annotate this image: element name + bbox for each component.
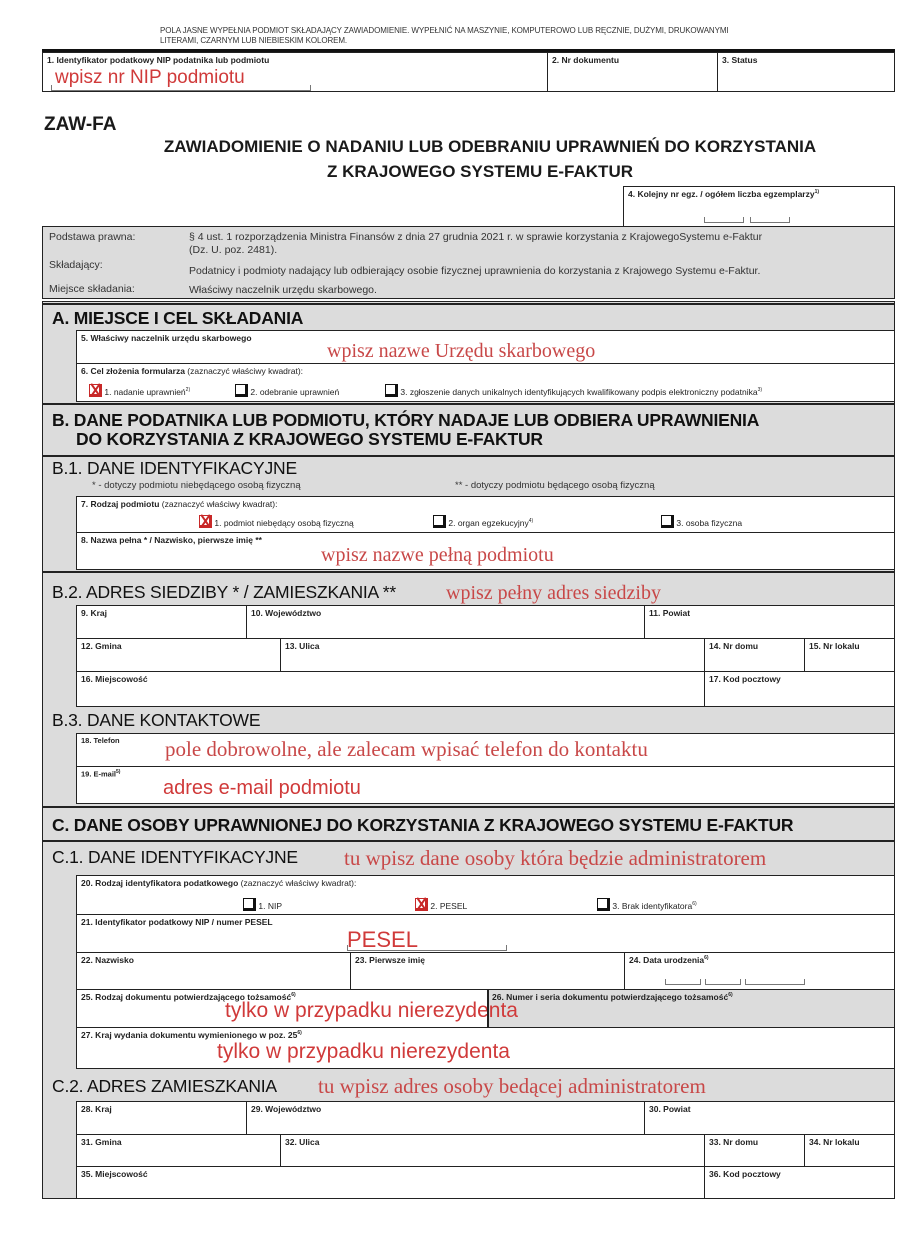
field-17-postal-code[interactable]: 17. Kod pocztowy [704, 671, 895, 707]
field-19-label-text: 19. E-mail [81, 770, 116, 779]
field-9-label: 9. Kraj [81, 608, 107, 618]
section-b-title-line1: B. DANE PODATNIKA LUB PODMIOTU, KTÓRY NA… [52, 410, 759, 431]
field-9-country[interactable]: 9. Kraj [76, 605, 248, 639]
header-instructions-line1: POLA JASNE WYPEŁNIA PODMIOT SKŁADAJĄCY Z… [160, 26, 729, 36]
field-24-year-ticks [745, 979, 805, 985]
field-25-id-doc-type[interactable]: 25. Rodzaj dokumentu potwierdzającego to… [76, 989, 489, 1028]
field-24-label-text: 24. Data urodzenia [629, 955, 704, 965]
field-18-value: pole dobrowolne, ale zalecam wpisać tele… [165, 737, 648, 762]
checkbox-icon[interactable] [235, 384, 248, 397]
field-10-voivodeship[interactable]: 10. Województwo [246, 605, 646, 639]
b2-top-rule [42, 571, 895, 573]
field-15-label: 15. Nr lokalu [809, 641, 860, 651]
field-6-label: 6. Cel złożenia formularza (zaznaczyć wł… [81, 366, 303, 376]
field-7-hint: (zaznaczyć właściwy kwadrat): [162, 499, 278, 509]
field-25-value: tylko w przypadku nierezydenta [225, 999, 518, 1023]
field-1-tick-boxes [51, 85, 311, 91]
field-7-option-1-label: 1. podmiot niebędący osobą fizyczną [214, 518, 353, 528]
field-27-label-text: 27. Kraj wydania dokumentu wymienionego … [81, 1030, 297, 1040]
field-22-surname[interactable]: 22. Nazwisko [76, 952, 352, 990]
field-27-sup: 6) [297, 1030, 301, 1036]
field-20-option-2-label: 2. PESEL [430, 901, 467, 911]
field-6-option-3-label: 3. zgłoszenie danych unikalnych identyfi… [400, 387, 757, 397]
b2-annotation: wpisz pełny adres siedziby [446, 582, 661, 605]
c2-annotation: tu wpisz adres osoby bedącej administrat… [318, 1074, 706, 1099]
field-32-street[interactable]: 32. Ulica [280, 1134, 706, 1167]
field-1-label: 1. Identyfikator podatkowy NIP podatnika… [47, 55, 269, 65]
field-29-voivodeship[interactable]: 29. Województwo [246, 1101, 646, 1135]
field-28-label: 28. Kraj [81, 1104, 112, 1114]
field-7-entity-type: 7. Rodzaj podmiotu (zaznaczyć właściwy k… [76, 496, 895, 533]
place-value: Właściwy naczelnik urzędu skarbowego. [189, 284, 377, 296]
field-14-label: 14. Nr domu [709, 641, 758, 651]
field-24-sup: 6) [704, 955, 708, 961]
field-23-label: 23. Pierwsze imię [355, 955, 425, 965]
field-34-apartment-number[interactable]: 34. Nr lokalu [804, 1134, 895, 1167]
field-2-doc-number: 2. Nr dokumentu [547, 52, 719, 92]
field-8-label: 8. Nazwa pełna * / Nazwisko, pierwsze im… [81, 535, 262, 545]
field-16-city[interactable]: 16. Miejscowość [76, 671, 706, 707]
field-19-label: 19. E-mail5) [81, 769, 120, 779]
section-c-title: C. DANE OSOBY UPRAWNIONEJ DO KORZYSTANIA… [52, 815, 793, 836]
field-16-label: 16. Miejscowość [81, 674, 148, 684]
field-20-option-1[interactable]: 1. NIP [243, 898, 282, 911]
field-7-option-2-label: 2. organ egzekucyjny [448, 518, 528, 528]
field-4-tick-a [704, 217, 744, 223]
field-6-option-2[interactable]: 2. odebranie uprawnień [235, 384, 339, 397]
field-5-tax-office[interactable]: 5. Właściwy naczelnik urzędu skarbowego … [76, 330, 895, 364]
c2-title: C.2. ADRES ZAMIESZKANIA [52, 1076, 277, 1097]
field-12-label: 12. Gmina [81, 641, 122, 651]
field-7-option-1[interactable]: 1. podmiot niebędący osobą fizyczną [199, 515, 354, 528]
field-2-label: 2. Nr dokumentu [552, 55, 619, 65]
field-24-day-ticks [665, 979, 701, 985]
field-7-label-text: 7. Rodzaj podmiotu [81, 499, 159, 509]
field-34-label: 34. Nr lokalu [809, 1137, 860, 1147]
field-20-label: 20. Rodzaj identyfikatora podatkowego (z… [81, 878, 356, 888]
field-21-tax-id[interactable]: 21. Identyfikator podatkowy NIP / numer … [76, 914, 895, 953]
checkbox-checked-icon[interactable] [415, 898, 428, 911]
checkbox-checked-icon[interactable] [199, 515, 212, 528]
form-title-line1: ZAWIADOMIENIE O NADANIU LUB ODEBRANIU UP… [0, 137, 920, 157]
field-3-label: 3. Status [722, 55, 757, 65]
field-20-option-3-label: 3. Brak identyfikatora [612, 901, 692, 911]
field-31-label: 31. Gmina [81, 1137, 122, 1147]
field-6-hint: (zaznaczyć właściwy kwadrat): [187, 366, 303, 376]
field-24-birth-date[interactable]: 24. Data urodzenia6) [624, 952, 895, 990]
legal-basis-line2: (Dz. U. poz. 2481). [189, 244, 277, 256]
checkbox-icon[interactable] [661, 515, 674, 528]
field-21-tick-boxes [347, 945, 507, 951]
place-label: Miejsce składania: [49, 283, 135, 295]
checkbox-icon[interactable] [385, 384, 398, 397]
field-6-option-1[interactable]: 1. nadanie uprawnień2) [89, 384, 190, 397]
form-code: ZAW-FA [44, 114, 116, 136]
field-6-option-3-sup: 3) [758, 387, 762, 393]
field-15-apartment-number[interactable]: 15. Nr lokalu [804, 638, 895, 672]
form-title-line2: Z KRAJOWEGO SYSTEMU E-FAKTUR [0, 162, 920, 182]
field-33-house-number[interactable]: 33. Nr domu [704, 1134, 806, 1167]
field-20-label-text: 20. Rodzaj identyfikatora podatkowego [81, 878, 238, 888]
b1-note-legal-entity: * - dotyczy podmiotu niebędącego osobą f… [92, 480, 301, 491]
field-14-house-number[interactable]: 14. Nr domu [704, 638, 806, 672]
field-27-label: 27. Kraj wydania dokumentu wymienionego … [81, 1030, 302, 1040]
field-4-label-text: 4. Kolejny nr egz. / ogółem liczba egzem… [628, 189, 815, 199]
field-18-phone[interactable]: 18. Telefon pole dobrowolne, ale zalecam… [76, 733, 895, 767]
c1-top-rule [42, 840, 895, 842]
field-20-option-1-label: 1. NIP [258, 901, 282, 911]
field-30-county[interactable]: 30. Powiat [644, 1101, 895, 1135]
field-4-copy-number[interactable]: 4. Kolejny nr egz. / ogółem liczba egzem… [623, 186, 895, 226]
field-29-label: 29. Województwo [251, 1104, 321, 1114]
field-17-label: 17. Kod pocztowy [709, 674, 781, 684]
field-35-city[interactable]: 35. Miejscowość [76, 1166, 706, 1199]
field-6-option-1-label: 1. nadanie uprawnień [104, 387, 185, 397]
field-1-nip[interactable]: 1. Identyfikator podatkowy NIP podatnika… [42, 52, 549, 92]
field-28-country[interactable]: 28. Kraj [76, 1101, 248, 1135]
field-6-option-2-label: 2. odebranie uprawnień [250, 387, 339, 397]
b2-title: B.2. ADRES SIEDZIBY * / ZAMIESZKANIA ** [52, 582, 396, 603]
field-20-hint: (zaznaczyć właściwy kwadrat): [241, 878, 357, 888]
header-instructions-line2: LITERAMI, CZARNYM LUB NIEBIESKIM KOLOREM… [160, 36, 729, 46]
field-7-option-2-sup: 4) [529, 518, 533, 524]
field-20-option-3[interactable]: 3. Brak identyfikatora6) [597, 898, 697, 911]
field-20-id-type: 20. Rodzaj identyfikatora podatkowego (z… [76, 875, 895, 915]
field-7-option-3[interactable]: 3. osoba fizyczna [661, 515, 742, 528]
b3-title: B.3. DANE KONTAKTOWE [52, 710, 260, 731]
field-4-tick-b [750, 217, 790, 223]
field-31-commune[interactable]: 31. Gmina [76, 1134, 282, 1167]
field-11-label: 11. Powiat [649, 608, 690, 618]
checkbox-icon[interactable] [243, 898, 256, 911]
info-box: Podstawa prawna: § 4 ust. 1 rozporządzen… [42, 226, 895, 299]
field-23-first-name[interactable]: 23. Pierwsze imię [350, 952, 626, 990]
field-26-label-text: 26. Numer i seria dokumentu potwierdzają… [492, 992, 728, 1002]
field-5-value: wpisz nazwe Urzędu skarbowego [327, 340, 595, 363]
field-30-label: 30. Powiat [649, 1104, 691, 1114]
field-7-label: 7. Rodzaj podmiotu (zaznaczyć właściwy k… [81, 499, 278, 509]
field-24-month-ticks [705, 979, 741, 985]
field-26-sup: 6) [728, 992, 732, 998]
field-13-label: 13. Ulica [285, 641, 320, 651]
field-36-label: 36. Kod pocztowy [709, 1169, 781, 1179]
field-32-label: 32. Ulica [285, 1137, 320, 1147]
b1-title: B.1. DANE IDENTYFIKACYJNE [52, 458, 297, 479]
section-a-title: A. MIEJSCE I CEL SKŁADANIA [52, 308, 303, 329]
field-7-option-2[interactable]: 2. organ egzekucyjny4) [433, 515, 533, 528]
section-c-top-rule [42, 806, 895, 808]
b1-note-natural-person: ** - dotyczy podmiotu będącego osobą fiz… [455, 480, 655, 491]
legal-basis-label: Podstawa prawna: [49, 231, 135, 243]
field-12-commune[interactable]: 12. Gmina [76, 638, 282, 672]
field-18-label: 18. Telefon [81, 736, 120, 745]
submitter-label: Składający: [49, 259, 103, 271]
section-a-top-rule [42, 303, 895, 305]
field-8-full-name[interactable]: 8. Nazwa pełna * / Nazwisko, pierwsze im… [76, 532, 895, 570]
c1-annotation: tu wpisz dane osoby która będzie adminis… [344, 846, 766, 871]
field-6-label-text: 6. Cel złożenia formularza [81, 366, 185, 376]
field-11-county[interactable]: 11. Powiat [644, 605, 895, 639]
field-6-option-3[interactable]: 3. zgłoszenie danych unikalnych identyfi… [385, 384, 762, 397]
field-13-street[interactable]: 13. Ulica [280, 638, 706, 672]
field-27-id-doc-country[interactable]: 27. Kraj wydania dokumentu wymienionego … [76, 1027, 895, 1069]
field-8-value: wpisz nazwe pełną podmiotu [321, 544, 554, 567]
field-36-postal-code[interactable]: 36. Kod pocztowy [704, 1166, 895, 1199]
legal-basis-line1: § 4 ust. 1 rozporządzenia Ministra Finan… [189, 231, 762, 243]
field-6-option-1-sup: 2) [186, 387, 190, 393]
field-20-option-2[interactable]: 2. PESEL [415, 898, 467, 911]
field-19-value: adres e-mail podmiotu [163, 777, 361, 800]
field-7-option-3-label: 3. osoba fizyczna [676, 518, 742, 528]
c1-title: C.1. DANE IDENTYFIKACYJNE [52, 847, 298, 868]
field-10-label: 10. Województwo [251, 608, 321, 618]
field-24-label: 24. Data urodzenia6) [629, 955, 709, 965]
field-6-purpose: 6. Cel złożenia formularza (zaznaczyć wł… [76, 363, 895, 402]
checkbox-icon[interactable] [433, 515, 446, 528]
checkbox-checked-icon[interactable] [89, 384, 102, 397]
section-b-title-line2: DO KORZYSTANIA Z KRAJOWEGO SYSTEMU E-FAK… [76, 429, 543, 450]
header-instructions: POLA JASNE WYPEŁNIA PODMIOT SKŁADAJĄCY Z… [160, 26, 729, 46]
field-25-sup: 6) [291, 992, 295, 998]
field-21-label: 21. Identyfikator podatkowy NIP / numer … [81, 917, 273, 927]
b1-top-rule [42, 455, 895, 457]
field-3-status: 3. Status [717, 52, 895, 92]
field-5-label: 5. Właściwy naczelnik urzędu skarbowego [81, 333, 252, 343]
field-26-label: 26. Numer i seria dokumentu potwierdzają… [492, 992, 733, 1002]
field-19-email[interactable]: 19. E-mail5) adres e-mail podmiotu [76, 766, 895, 804]
field-4-sup: 1) [815, 189, 819, 195]
field-27-value: tylko w przypadku nierezydenta [217, 1040, 510, 1064]
section-b-top-rule [42, 403, 895, 405]
field-33-label: 33. Nr domu [709, 1137, 758, 1147]
field-26-id-doc-number[interactable]: 26. Numer i seria dokumentu potwierdzają… [487, 989, 895, 1028]
field-35-label: 35. Miejscowość [81, 1169, 148, 1179]
field-20-option-3-sup: 6) [692, 901, 696, 907]
field-22-label: 22. Nazwisko [81, 955, 134, 965]
checkbox-icon[interactable] [597, 898, 610, 911]
submitter-value: Podatnicy i podmioty nadający lub odbier… [189, 265, 760, 277]
field-4-label: 4. Kolejny nr egz. / ogółem liczba egzem… [628, 189, 819, 199]
field-19-sup: 5) [116, 769, 120, 775]
